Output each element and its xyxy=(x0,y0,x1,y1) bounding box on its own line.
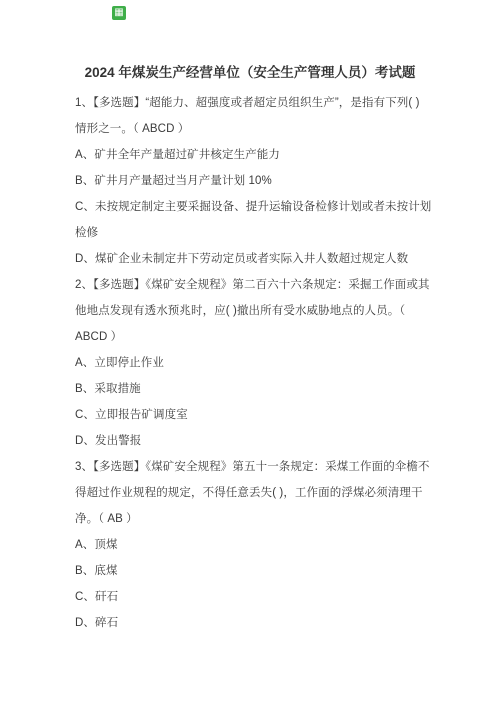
option-line: D、发出警报 xyxy=(75,428,425,454)
question-block-2: 2、【多选题】《煤矿安全规程》第二百六十六条规定：采掘工作面或其他地点发现有透水… xyxy=(75,272,425,454)
option-line: B、采取措施 xyxy=(75,376,425,402)
option-line: B、底煤 xyxy=(75,558,425,584)
question-block-1: 1、【多选题】“超能力、超强度或者超定员组织生产”，是指有下列( )情形之一。（… xyxy=(75,90,425,272)
exam-document-page: ▦ 2024 年煤炭生产经营单位（安全生产管理人员）考试题 1、【多选题】“超能… xyxy=(0,0,500,707)
question-list: 1、【多选题】“超能力、超强度或者超定员组织生产”，是指有下列( )情形之一。（… xyxy=(75,90,425,636)
option-line: C、立即报告矿调度室 xyxy=(75,402,425,428)
question-stem-line: 净。（ AB ） xyxy=(75,506,425,532)
option-line: A、顶煤 xyxy=(75,532,425,558)
option-line: B、矿井月产量超过当月产量计划 10% xyxy=(75,168,425,194)
option-line: 检修 xyxy=(75,220,425,246)
question-stem-line: 情形之一。（ ABCD ） xyxy=(75,116,425,142)
question-stem-line: 3、【多选题】《煤矿安全规程》第五十一条规定：采煤工作面的伞檐不 xyxy=(75,454,425,480)
option-line: A、立即停止作业 xyxy=(75,350,425,376)
question-block-3: 3、【多选题】《煤矿安全规程》第五十一条规定：采煤工作面的伞檐不得超过作业规程的… xyxy=(75,454,425,636)
option-line: A、矿井全年产量超过矿井核定生产能力 xyxy=(75,142,425,168)
option-line: C、未按规定制定主要采掘设备、提升运输设备检修计划或者未按计划 xyxy=(75,194,425,220)
option-line: D、煤矿企业未制定井下劳动定员或者实际入井人数超过规定人数 xyxy=(75,246,425,272)
question-stem-line: 他地点发现有透水预兆时，应( )撤出所有受水威胁地点的人员。（ xyxy=(75,298,425,324)
question-stem-line: 1、【多选题】“超能力、超强度或者超定员组织生产”，是指有下列( ) xyxy=(75,90,425,116)
page-title: 2024 年煤炭生产经营单位（安全生产管理人员）考试题 xyxy=(75,63,425,83)
question-stem-line: 得超过作业规程的规定，不得任意丢失( )，工作面的浮煤必须清理干 xyxy=(75,480,425,506)
site-logo-icon: ▦ xyxy=(112,6,126,20)
option-line: D、碎石 xyxy=(75,610,425,636)
question-stem-line: ABCD ） xyxy=(75,324,425,350)
option-line: C、矸石 xyxy=(75,584,425,610)
question-stem-line: 2、【多选题】《煤矿安全规程》第二百六十六条规定：采掘工作面或其 xyxy=(75,272,425,298)
